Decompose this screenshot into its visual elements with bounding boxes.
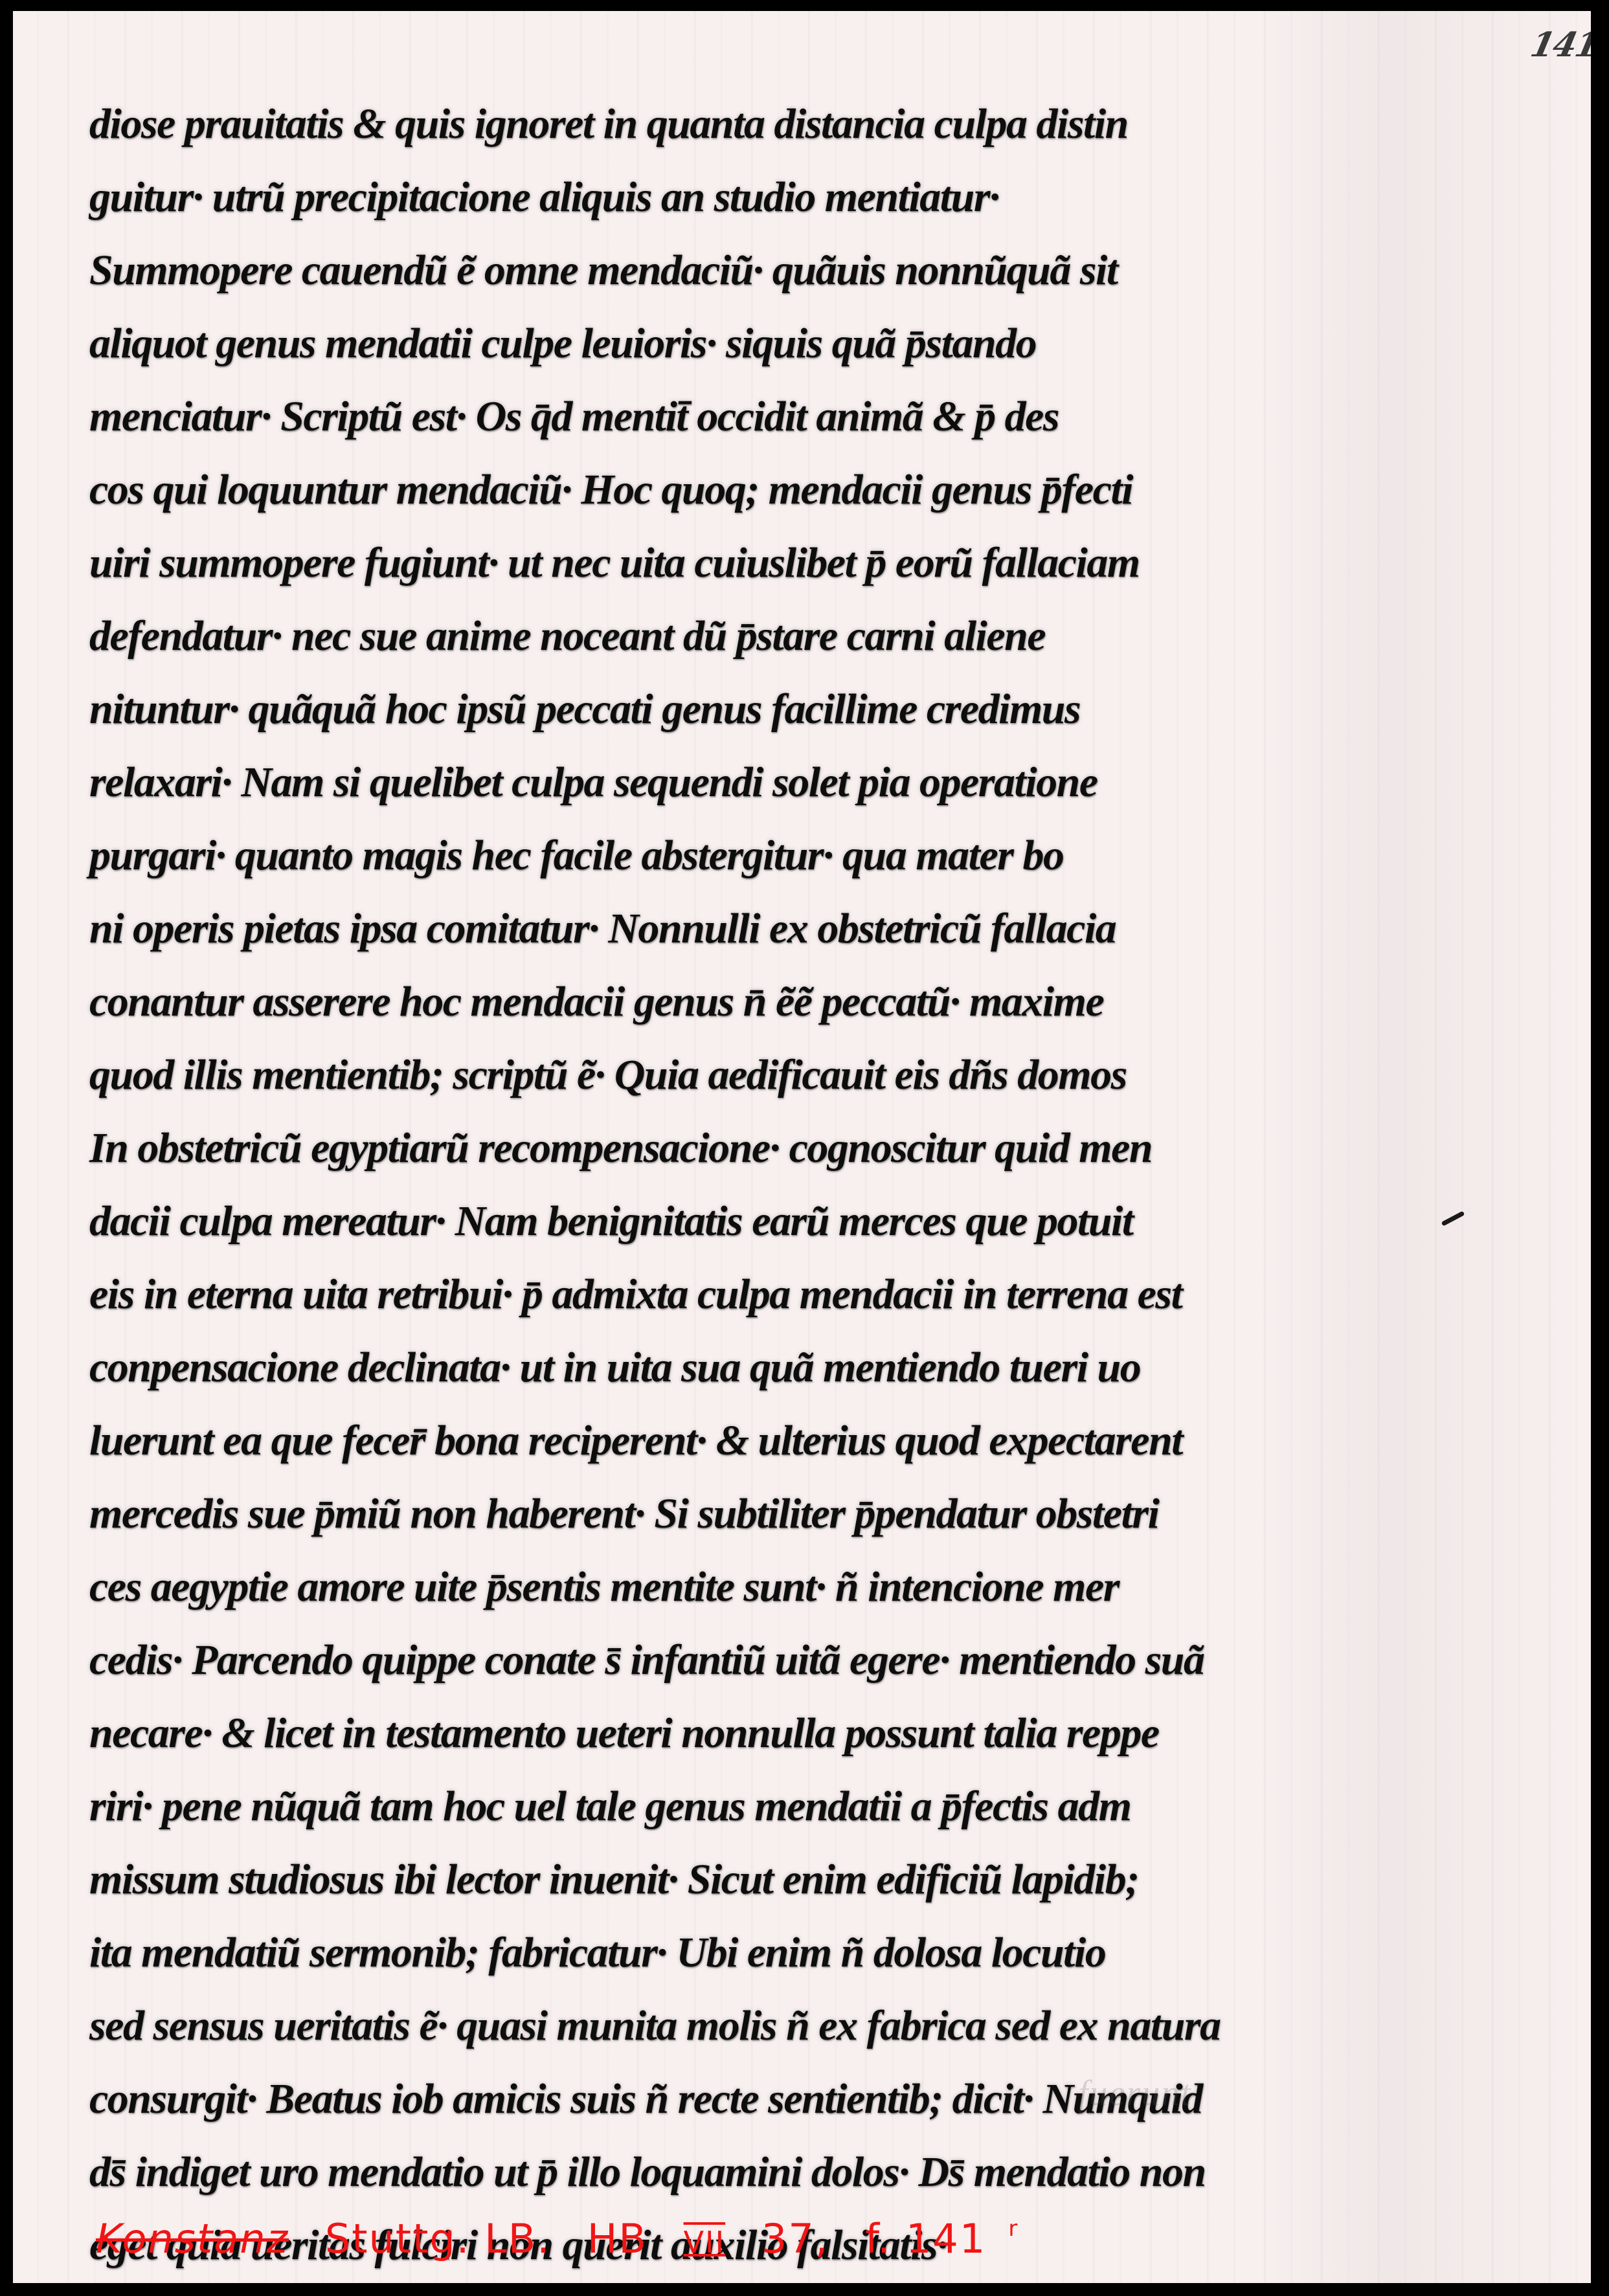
text-line: quod illis mentientib; scriptũ ẽ· Quia a…: [89, 1038, 1384, 1111]
text-line: cedis· Parcendo quippe conate s̄ infanti…: [89, 1623, 1384, 1697]
text-line: diose prauitatis & quis ignoret in quant…: [89, 87, 1384, 161]
shelfmark-annotation: Konstanz Stuttg. LB. HB VII 37, f. 141r: [96, 2215, 1063, 2262]
manuscript-text-block: diose prauitatis & quis ignoret in quant…: [89, 87, 1384, 2282]
roman-numeral: VII: [684, 2225, 726, 2260]
recto-marker: r: [1008, 2216, 1018, 2242]
library-name: Stuttg. LB.: [325, 2215, 551, 2262]
text-line: aliquot genus mendatii culpe leuioris· s…: [89, 307, 1384, 380]
text-line: guitur· utrũ precipitacione aliquis an s…: [89, 161, 1384, 234]
text-line: uiri summopere fugiunt· ut nec uita cuiu…: [89, 526, 1384, 599]
text-line: missum studiosus ibi lector inuenit· Sic…: [89, 1843, 1384, 1916]
text-line: In obstetricũ egyptiarũ recompensacione·…: [89, 1111, 1384, 1185]
show-through-text: fuerunt: [1078, 2073, 1192, 2114]
text-line: ces aegyptie amore uite p̄sentis mentite…: [89, 1550, 1384, 1623]
text-line: menciatur· Scriptũ est· Os q̄d mentit̄ o…: [89, 380, 1384, 453]
text-line: ds̄ indiget uro mendatio ut p̄ illo loqu…: [89, 2135, 1384, 2209]
text-line: mercedis sue p̄miũ non haberent· Si subt…: [89, 1477, 1384, 1550]
text-line: dacii culpa mereatur· Nam benignitatis e…: [89, 1185, 1384, 1258]
margin-pen-stroke: [1441, 1210, 1465, 1226]
text-line: ita mendatiũ sermonib; fabricatur· Ubi e…: [89, 1916, 1384, 1989]
text-line: relaxari· Nam si quelibet culpa sequendi…: [89, 746, 1384, 819]
text-line: defendatur· nec sue anime noceant dũ p̄s…: [89, 599, 1384, 673]
text-line: conpensacione declinata· ut in uita sua …: [89, 1331, 1384, 1404]
text-line: nituntur· quãquã hoc ipsũ peccati genus …: [89, 673, 1384, 746]
text-line: riri· pene nũquã tam hoc uel tale genus …: [89, 1770, 1384, 1843]
scan-frame: 141 diose prauitatis & quis ignoret in q…: [0, 0, 1609, 2296]
text-line: conantur asserere hoc mendacii genus n̄ …: [89, 965, 1384, 1038]
folio-reference: f. 141r: [865, 2215, 1041, 2262]
struck-library-name: Konstanz: [96, 2215, 289, 2262]
text-line: sed sensus ueritatis ẽ· quasi munita mol…: [89, 1989, 1384, 2062]
text-line: Summopere cauendũ ẽ omne mendaciũ· quãui…: [89, 234, 1384, 307]
text-line: ni operis pietas ipsa comitatur· Nonnull…: [89, 892, 1384, 965]
text-line: necare· & licet in testamento ueteri non…: [89, 1697, 1384, 1770]
collection-code: HB: [587, 2215, 647, 2262]
text-line: cos qui loquuntur mendaciũ· Hoc quoq; me…: [89, 453, 1384, 526]
manuscript-page: 141 diose prauitatis & quis ignoret in q…: [13, 11, 1591, 2283]
shelf-number: 37,: [761, 2215, 829, 2262]
text-line: luerunt ea que fecer̄ bona reciperent· &…: [89, 1404, 1384, 1477]
text-line: purgari· quanto magis hec facile absterg…: [89, 819, 1384, 892]
folio-number: 141: [1527, 25, 1591, 65]
text-line: eis in eterna uita retribui· p̄ admixta …: [89, 1258, 1384, 1331]
folio-ref-number: f. 141: [865, 2215, 986, 2262]
